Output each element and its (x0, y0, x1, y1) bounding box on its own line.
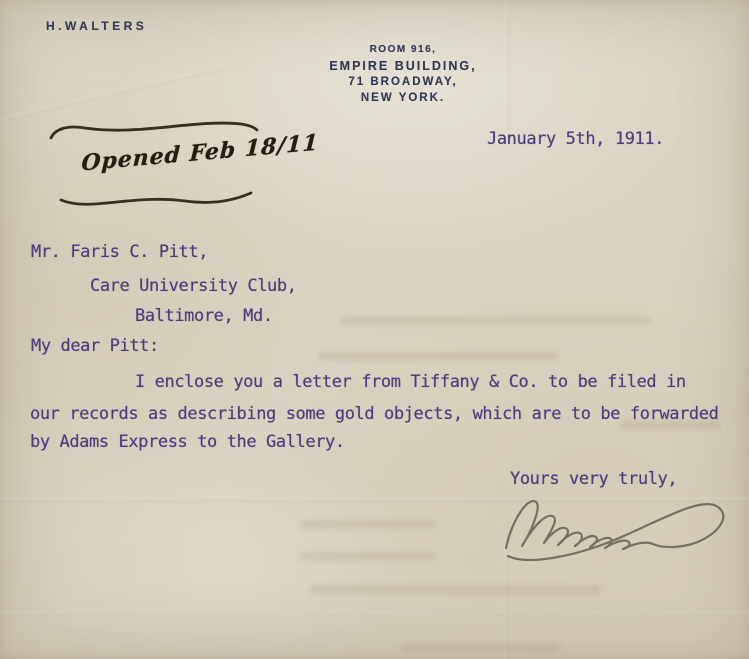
salutation: My dear Pitt: (31, 336, 159, 356)
sender-name: H.WALTERS (46, 19, 147, 33)
annotation-flourish-bottom (61, 193, 251, 204)
date-line: January 5th, 1911. (487, 129, 664, 149)
recipient-line-3: Baltimore, Md. (135, 306, 273, 326)
letterhead-street: 71 BROADWAY, (283, 76, 523, 88)
letterhead-building: EMPIRE BUILDING, (283, 59, 523, 73)
letterhead-city: NEW YORK. (283, 92, 523, 104)
body-line-1: I enclose you a letter from Tiffany & Co… (135, 372, 686, 392)
fold-crease-lower (0, 612, 749, 615)
letterhead-room: ROOM 916, (283, 44, 523, 55)
body-line-2: our records as describing some gold obje… (30, 404, 718, 424)
recipient-line-2: Care University Club, (90, 276, 297, 296)
recipient-line-1: Mr. Faris C. Pitt, (31, 242, 208, 262)
signature-handwriting (492, 486, 740, 576)
signature-scrawl-icon (492, 486, 740, 576)
letter-page: H.WALTERS ROOM 916, EMPIRE BUILDING, 71 … (0, 0, 749, 659)
opened-annotation: Opened Feb 18/11 (45, 116, 263, 216)
body-line-3: by Adams Express to the Gallery. (30, 432, 345, 452)
